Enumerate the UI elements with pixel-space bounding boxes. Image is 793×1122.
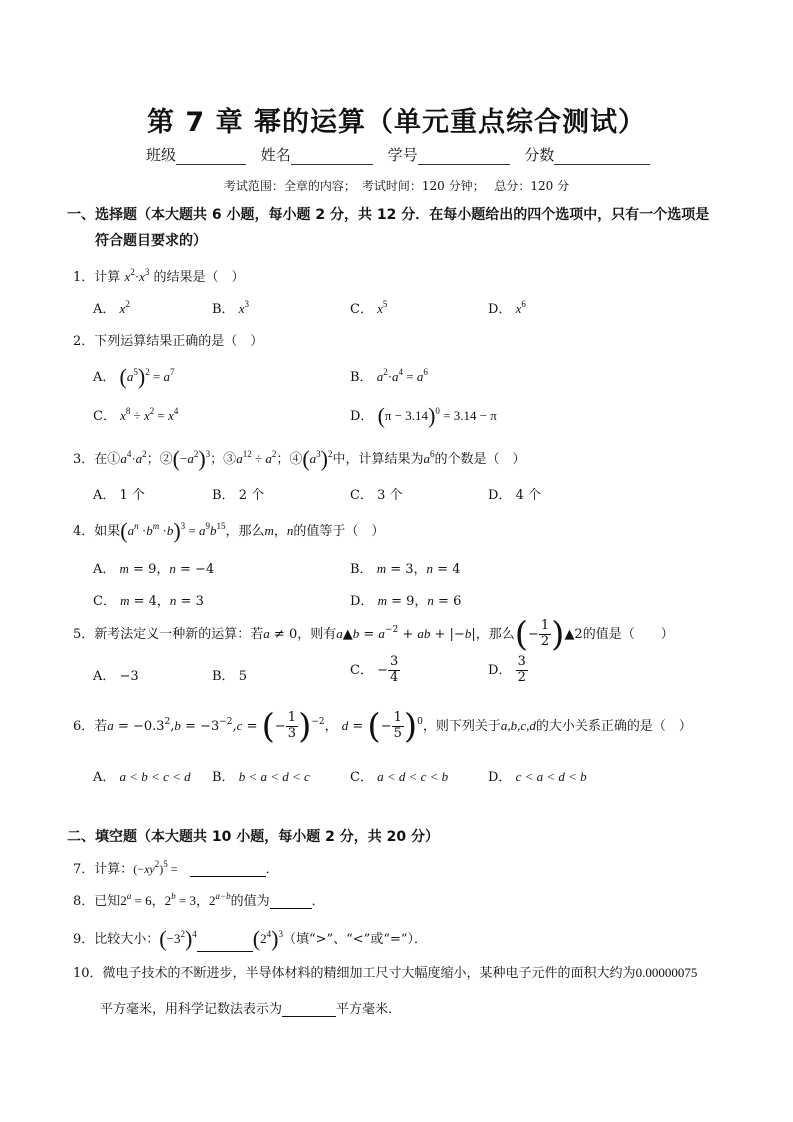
q4-option-d: D． m = 9，n = 6 bbox=[350, 590, 461, 609]
question-4: 4．如果(an ·bm ·b)3 = a9b15，那么m，n的值等于（ ） bbox=[73, 518, 384, 544]
field-name-label: 姓名 bbox=[261, 146, 291, 164]
field-name-blank bbox=[291, 150, 373, 165]
q2-option-b: B． a2·a4 = a6 bbox=[350, 366, 428, 385]
field-class-blank bbox=[176, 150, 246, 165]
q1-option-b: B． x3 bbox=[212, 298, 249, 317]
section1-heading-line2: 符合题目要求的） bbox=[95, 230, 207, 250]
q1-option-c: C． x5 bbox=[350, 298, 387, 317]
q1-math: x2·x3 bbox=[124, 269, 149, 284]
q3-option-c: C． 3 个 bbox=[350, 484, 403, 503]
question-8: 8．已知2a = 6，2b = 3，2a−b的值为． bbox=[73, 890, 325, 909]
section1-heading-line1: 一、选择题（本大题共 6 小题，每小题 2 分，共 12 分．在每小题给出的四个… bbox=[67, 204, 709, 224]
q4-option-b: B． m = 3，n = 4 bbox=[350, 558, 460, 577]
field-score-label: 分数 bbox=[524, 146, 554, 164]
field-class-label: 班级 bbox=[146, 146, 176, 164]
q5-option-d: D． 32 bbox=[488, 655, 528, 686]
exam-scope: 考试范围：全章的内容； 考试时间：120 分钟； 总分：120 分 bbox=[0, 177, 793, 194]
field-score-blank bbox=[554, 150, 650, 165]
q2-option-a: A． (a5)2 = a7 bbox=[93, 364, 175, 390]
student-info-row: 班级 姓名 学号 分数 bbox=[146, 144, 660, 165]
q9-answer-blank[interactable] bbox=[197, 939, 253, 952]
q8-answer-blank[interactable] bbox=[270, 896, 312, 909]
question-7: 7．计算：(−xy2)5 = ． bbox=[73, 858, 279, 877]
q5-option-a: A． −3 bbox=[93, 665, 139, 684]
question-10-line2: 平方毫米，用科学记数法表示为平方毫米． bbox=[100, 998, 401, 1017]
field-number-label: 学号 bbox=[388, 146, 418, 164]
question-3: 3．在①a4·a2；②(−a2)3；③a12 ÷ a2；④(a3)2中，计算结果… bbox=[73, 446, 526, 472]
field-number-blank bbox=[418, 150, 510, 165]
q1-option-a: A． x2 bbox=[93, 298, 130, 317]
q4-option-a: A． m = 9，n = −4 bbox=[93, 558, 214, 577]
q10-answer-blank[interactable] bbox=[282, 1004, 336, 1017]
section2-heading: 二、填空题（本大题共 10 小题，每小题 2 分，共 20 分） bbox=[67, 826, 439, 846]
q1-option-d: D． x6 bbox=[488, 298, 526, 317]
q3-option-b: B． 2 个 bbox=[212, 484, 264, 503]
q7-answer-blank[interactable] bbox=[190, 864, 266, 877]
question-5: 5．新考法定义一种新的运算：若a ≠ 0，则有a▲b = a−2 + ab + … bbox=[73, 616, 674, 653]
q2-option-c: C． x8 ÷ x2 = x4 bbox=[93, 405, 178, 424]
page-title: 第 7 章 幂的运算（单元重点综合测试） bbox=[0, 100, 793, 139]
q6-option-b: B． b < a < d < c bbox=[212, 766, 310, 785]
q5-option-b: B． 5 bbox=[212, 665, 247, 684]
question-6: 6．若a = −0.32,b = −3−2,c = (−13)−2， d = (… bbox=[73, 708, 692, 745]
question-2: 2．下列运算结果正确的是（ ） bbox=[73, 330, 263, 349]
question-9: 9．比较大小：(−32)4(24)3（填“>”、“<”或“=”）． bbox=[73, 926, 427, 952]
q6-option-d: D． c < a < d < b bbox=[488, 766, 587, 785]
q2-option-d: D． (π − 3.14)0 = 3.14 − π bbox=[350, 403, 497, 429]
q3-option-a: A． 1 个 bbox=[93, 484, 145, 503]
q6-option-a: A． a < b < c < d bbox=[93, 766, 191, 785]
q4-option-c: C． m = 4，n = 3 bbox=[93, 590, 204, 609]
question-10-line1: 10．微电子技术的不断进步，半导体材料的精细加工尺寸大幅度缩小，某种电子元件的面… bbox=[73, 962, 697, 981]
question-1: 1．计算 x2·x3 的结果是（ ） bbox=[73, 266, 245, 285]
q5-option-c: C． −34 bbox=[350, 655, 400, 686]
q6-option-c: C． a < d < c < b bbox=[350, 766, 448, 785]
q3-option-d: D． 4 个 bbox=[488, 484, 541, 503]
